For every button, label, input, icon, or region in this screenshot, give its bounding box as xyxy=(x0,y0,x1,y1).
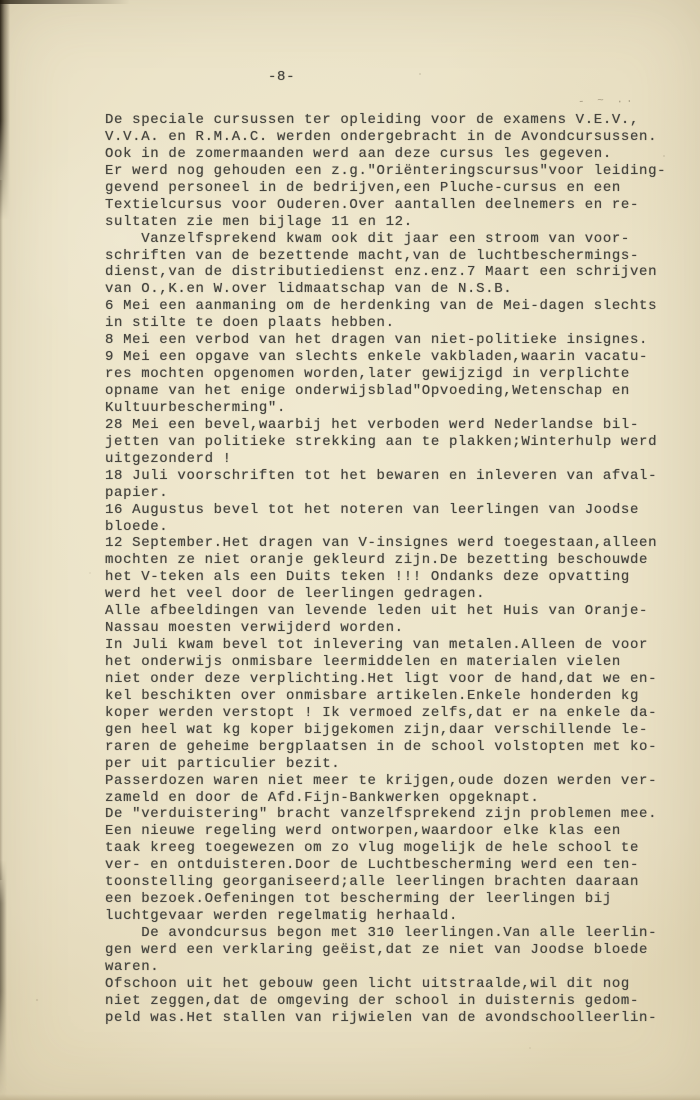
scan-edge-shadow-left-bottom xyxy=(0,860,7,1100)
scan-edge-shadow-top xyxy=(0,0,130,4)
pencil-mark: - ~ .. xyxy=(578,94,636,109)
scan-edge-shadow-bottom xyxy=(0,1094,700,1100)
typewritten-body-text: De speciale cursussen ter opleiding voor… xyxy=(105,112,666,1027)
page-number: -8- xyxy=(268,69,295,85)
scanned-document-page: -8- - ~ .. De speciale cursussen ter opl… xyxy=(0,0,700,1100)
scan-edge-shadow-left-mid xyxy=(0,180,3,880)
